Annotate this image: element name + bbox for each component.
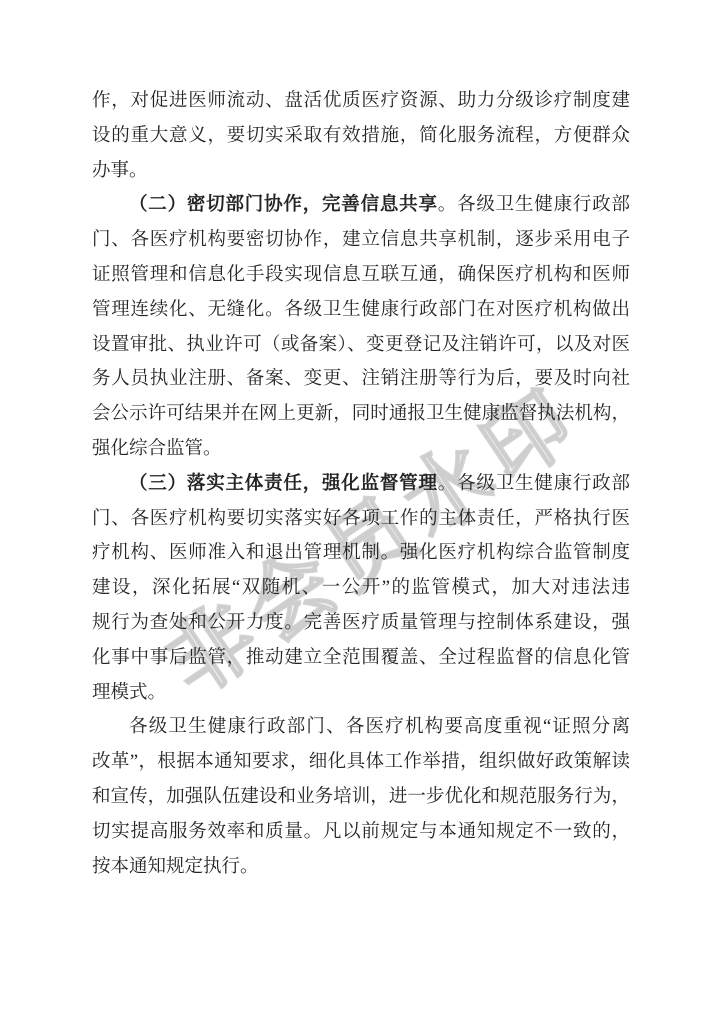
text-run: 改革”，根据本通知要求，细化具体工作举措，组织做好政策解读 (92, 752, 630, 772)
text-line: 按本通知规定执行。 (92, 850, 630, 885)
text-run: 设的重大意义，要切实采取有效措施，简化服务流程，方便群众 (92, 126, 630, 146)
text-line: 理模式。 (92, 676, 630, 711)
text-line: 作，对促进医师流动、盘活优质医疗资源、助力分级诊疗制度建 (92, 84, 630, 119)
text-run: 作，对促进医师流动、盘活优质医疗资源、助力分级诊疗制度建 (92, 91, 630, 111)
text-run: 疗机构、医师准入和退出管理机制。强化医疗机构综合监管制度 (92, 543, 630, 563)
bold-heading-run: （二）密切部门协作，完善信息共享 (129, 195, 438, 215)
text-line: 门、各医疗机构要密切协作，建立信息共享机制，逐步采用电子 (92, 223, 630, 258)
heading-line: （三）落实主体责任，强化监督管理。各级卫生健康行政部 (92, 467, 630, 502)
text-run: 。各级卫生健康行政部 (438, 474, 630, 494)
text-run: 证照管理和信息化手段实现信息互联互通，确保医疗机构和医师 (92, 265, 630, 285)
text-run: 和宣传，加强队伍建设和业务培训，进一步优化和规范服务行为， (92, 787, 630, 807)
text-line: 切实提高服务效率和质量。凡以前规定与本通知规定不一致的， (92, 815, 630, 850)
text-line: 建设，深化拓展“双随机、一公开”的监管模式，加大对违法违 (92, 571, 630, 606)
document-page: 非会员水印 作，对促进医师流动、盘活优质医疗资源、助力分级诊疗制度建设的重大意义… (0, 0, 720, 1019)
text-run: 。各级卫生健康行政部 (438, 195, 630, 215)
text-run: 务人员执业注册、备案、变更、注销注册等行为后，要及时向社 (92, 369, 630, 389)
text-run: 会公示许可结果并在网上更新，同时通报卫生健康监督执法机构， (92, 404, 630, 424)
text-line: 设的重大意义，要切实采取有效措施，简化服务流程，方便群众 (92, 119, 630, 154)
text-line: 各级卫生健康行政部门、各医疗机构要高度重视“证照分离 (92, 710, 630, 745)
text-line: 强化综合监管。 (92, 432, 630, 467)
text-line: 门、各医疗机构要切实落实好各项工作的主体责任，严格执行医 (92, 502, 630, 537)
text-run: 办事。 (92, 161, 148, 181)
text-run: 各级卫生健康行政部门、各医疗机构要高度重视“证照分离 (129, 717, 630, 737)
text-line: 改革”，根据本通知要求，细化具体工作举措，组织做好政策解读 (92, 745, 630, 780)
text-line: 务人员执业注册、备案、变更、注销注册等行为后，要及时向社 (92, 362, 630, 397)
text-run: 理模式。 (92, 683, 166, 703)
text-line: 设置审批、执业许可（或备案）、变更登记及注销许可，以及对医 (92, 328, 630, 363)
text-run: 门、各医疗机构要切实落实好各项工作的主体责任，严格执行医 (92, 509, 630, 529)
text-line: 和宣传，加强队伍建设和业务培训，进一步优化和规范服务行为， (92, 780, 630, 815)
text-run: 建设，深化拓展“双随机、一公开”的监管模式，加大对违法违 (92, 578, 630, 598)
text-line: 管理连续化、无缝化。各级卫生健康行政部门在对医疗机构做出 (92, 293, 630, 328)
text-run: 规行为查处和公开力度。完善医疗质量管理与控制体系建设，强 (92, 613, 630, 633)
text-line: 规行为查处和公开力度。完善医疗质量管理与控制体系建设，强 (92, 606, 630, 641)
text-run: 管理连续化、无缝化。各级卫生健康行政部门在对医疗机构做出 (92, 300, 630, 320)
text-run: 门、各医疗机构要密切协作，建立信息共享机制，逐步采用电子 (92, 230, 630, 250)
document-body: 作，对促进医师流动、盘活优质医疗资源、助力分级诊疗制度建设的重大意义，要切实采取… (92, 84, 630, 884)
heading-line: （二）密切部门协作，完善信息共享。各级卫生健康行政部 (92, 188, 630, 223)
text-run: 切实提高服务效率和质量。凡以前规定与本通知规定不一致的， (92, 822, 630, 842)
text-line: 证照管理和信息化手段实现信息互联互通，确保医疗机构和医师 (92, 258, 630, 293)
bold-heading-run: （三）落实主体责任，强化监督管理 (129, 474, 438, 494)
text-run: 设置审批、执业许可（或备案）、变更登记及注销许可，以及对医 (92, 335, 630, 355)
text-line: 化事中事后监管，推动建立全范围覆盖、全过程监督的信息化管 (92, 641, 630, 676)
text-line: 疗机构、医师准入和退出管理机制。强化医疗机构综合监管制度 (92, 536, 630, 571)
text-line: 办事。 (92, 154, 630, 189)
text-run: 化事中事后监管，推动建立全范围覆盖、全过程监督的信息化管 (92, 648, 630, 668)
text-line: 会公示许可结果并在网上更新，同时通报卫生健康监督执法机构， (92, 397, 630, 432)
text-run: 按本通知规定执行。 (92, 857, 259, 877)
text-run: 强化综合监管。 (92, 439, 222, 459)
